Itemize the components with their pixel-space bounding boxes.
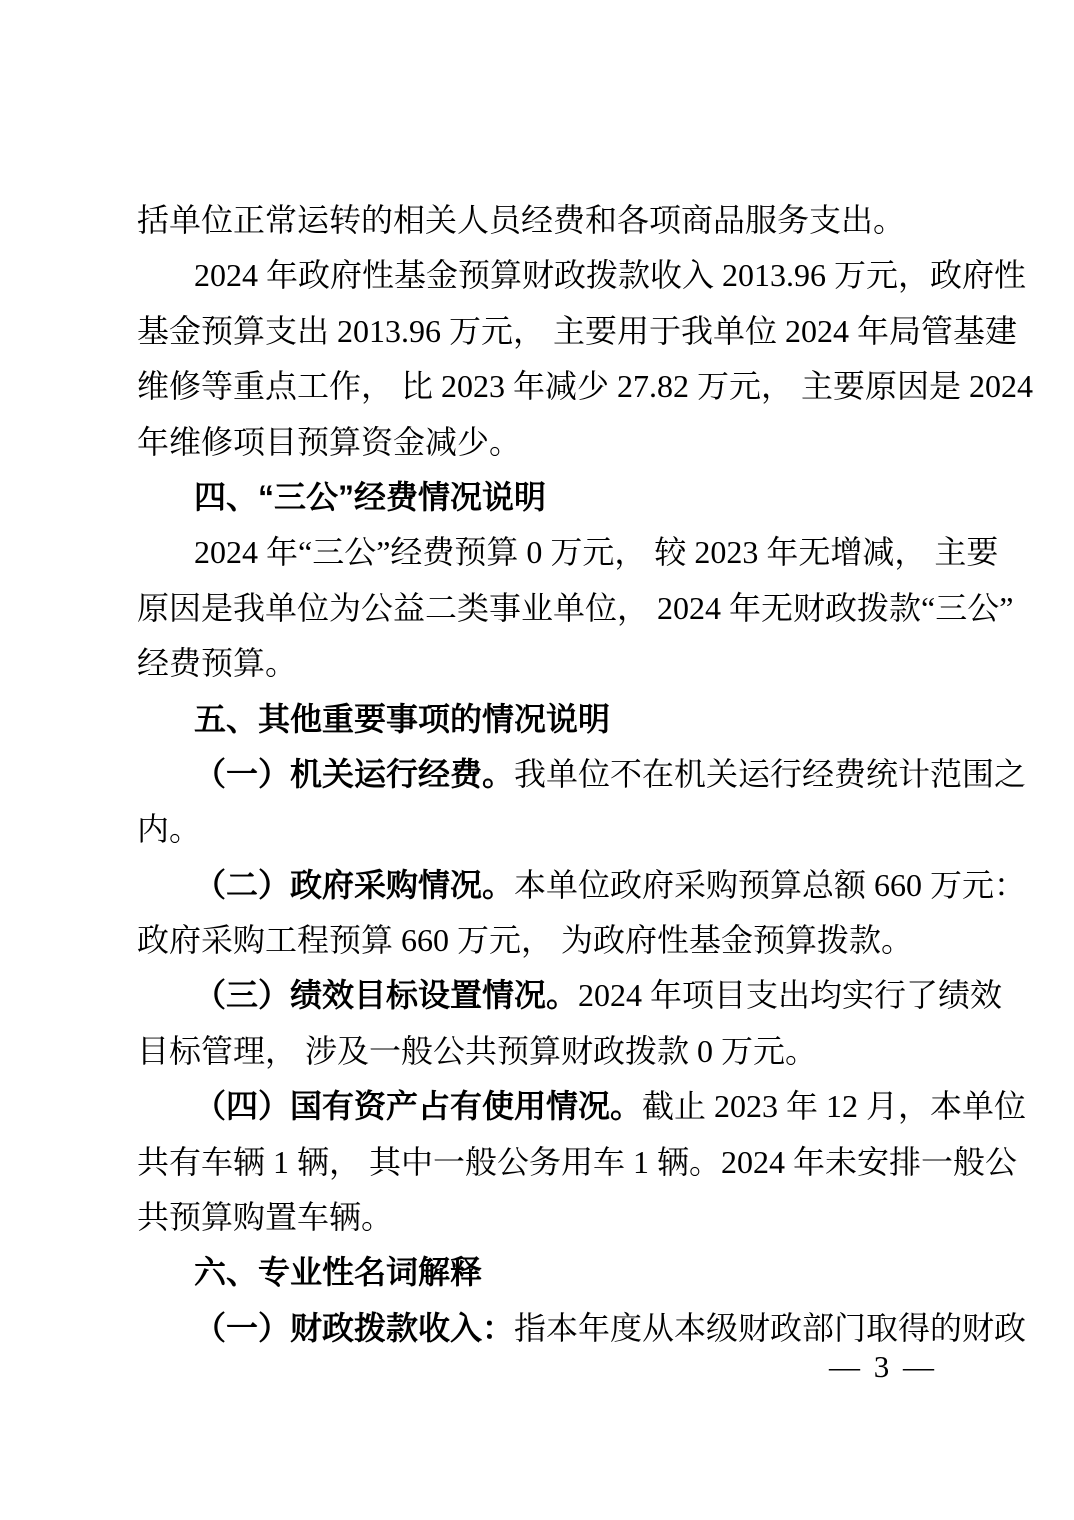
- text-line: 基金预算支出 2013.96 万元， 主要用于我单位 2024 年局管基建: [137, 304, 941, 359]
- text-line: （二）政府采购情况。本单位政府采购预算总额 660 万元：: [137, 858, 941, 913]
- bold-text-run: （一）机关运行经费。: [194, 756, 514, 792]
- text-line: 共有车辆 1 辆， 其中一般公务用车 1 辆。2024 年未安排一般公: [137, 1135, 941, 1190]
- text-run: 括单位正常运转的相关人员经费和各项商品服务支出。: [137, 202, 905, 238]
- text-run: 原因是我单位为公益二类事业单位， 2024 年无财政拨款“三公”: [137, 590, 1013, 626]
- text-line: （四）国有资产占有使用情况。截止 2023 年 12 月，本单位: [137, 1079, 941, 1134]
- text-run: 2024 年“三公”经费预算 0 万元， 较 2023 年无增减， 主要: [194, 534, 998, 570]
- text-run: 维修等重点工作， 比 2023 年减少 27.82 万元， 主要原因是 2024: [137, 368, 1033, 404]
- text-line: （一）财政拨款收入：指本年度从本级财政部门取得的财政: [137, 1301, 941, 1356]
- bold-text-run: （二）政府采购情况。: [194, 867, 514, 903]
- text-run: 年维修项目预算资金减少。: [137, 424, 521, 460]
- text-line: （三）绩效目标设置情况。2024 年项目支出均实行了绩效: [137, 968, 941, 1023]
- section-heading: 四、“三公”经费情况说明: [137, 470, 941, 525]
- bold-text-run: 五、其他重要事项的情况说明: [194, 701, 610, 737]
- text-run: 政府采购工程预算 660 万元， 为政府性基金预算拨款。: [137, 922, 913, 958]
- text-line: （一）机关运行经费。我单位不在机关运行经费统计范围之: [137, 747, 941, 802]
- text-line: 2024 年“三公”经费预算 0 万元， 较 2023 年无增减， 主要: [137, 525, 941, 580]
- text-line: 2024 年政府性基金预算财政拨款收入 2013.96 万元，政府性: [137, 248, 941, 303]
- text-run: 指本年度从本级财政部门取得的财政: [514, 1310, 1026, 1346]
- document-page: 括单位正常运转的相关人员经费和各项商品服务支出。2024 年政府性基金预算财政拨…: [0, 0, 1074, 1520]
- text-run: 目标管理， 涉及一般公共预算财政拨款 0 万元。: [137, 1033, 817, 1069]
- text-line: 共预算购置车辆。: [137, 1190, 941, 1245]
- text-line: 经费预算。: [137, 636, 941, 691]
- text-line: 括单位正常运转的相关人员经费和各项商品服务支出。: [137, 193, 941, 248]
- text-run: 2024 年项目支出均实行了绩效: [578, 977, 1002, 1013]
- bold-text-run: （三）绩效目标设置情况。: [194, 977, 578, 1013]
- bold-text-run: 四、“三公”经费情况说明: [194, 479, 546, 515]
- section-heading: 六、专业性名词解释: [137, 1245, 941, 1300]
- text-line: 年维修项目预算资金减少。: [137, 415, 941, 470]
- text-line: 维修等重点工作， 比 2023 年减少 27.82 万元， 主要原因是 2024: [137, 359, 941, 414]
- text-line: 目标管理， 涉及一般公共预算财政拨款 0 万元。: [137, 1024, 941, 1079]
- text-run: 截止 2023 年 12 月，本单位: [642, 1088, 1026, 1124]
- text-run: 本单位政府采购预算总额 660 万元：: [514, 867, 1026, 903]
- bold-text-run: （一）财政拨款收入：: [194, 1310, 514, 1346]
- text-run: 我单位不在机关运行经费统计范围之: [514, 756, 1026, 792]
- page-number: — 3 —: [829, 1350, 937, 1384]
- text-line: 政府采购工程预算 660 万元， 为政府性基金预算拨款。: [137, 913, 941, 968]
- text-run: 2024 年政府性基金预算财政拨款收入 2013.96 万元，政府性: [194, 257, 1026, 293]
- text-run: 经费预算。: [137, 645, 297, 681]
- bold-text-run: 六、专业性名词解释: [194, 1254, 482, 1290]
- text-run: 内。: [137, 811, 201, 847]
- bold-text-run: （四）国有资产占有使用情况。: [194, 1088, 642, 1124]
- section-heading: 五、其他重要事项的情况说明: [137, 692, 941, 747]
- text-line: 原因是我单位为公益二类事业单位， 2024 年无财政拨款“三公”: [137, 581, 941, 636]
- text-run: 共预算购置车辆。: [137, 1199, 393, 1235]
- text-run: 共有车辆 1 辆， 其中一般公务用车 1 辆。2024 年未安排一般公: [137, 1144, 1017, 1180]
- text-run: 基金预算支出 2013.96 万元， 主要用于我单位 2024 年局管基建: [137, 313, 1017, 349]
- text-line: 内。: [137, 802, 941, 857]
- document-body: 括单位正常运转的相关人员经费和各项商品服务支出。2024 年政府性基金预算财政拨…: [137, 193, 941, 1356]
